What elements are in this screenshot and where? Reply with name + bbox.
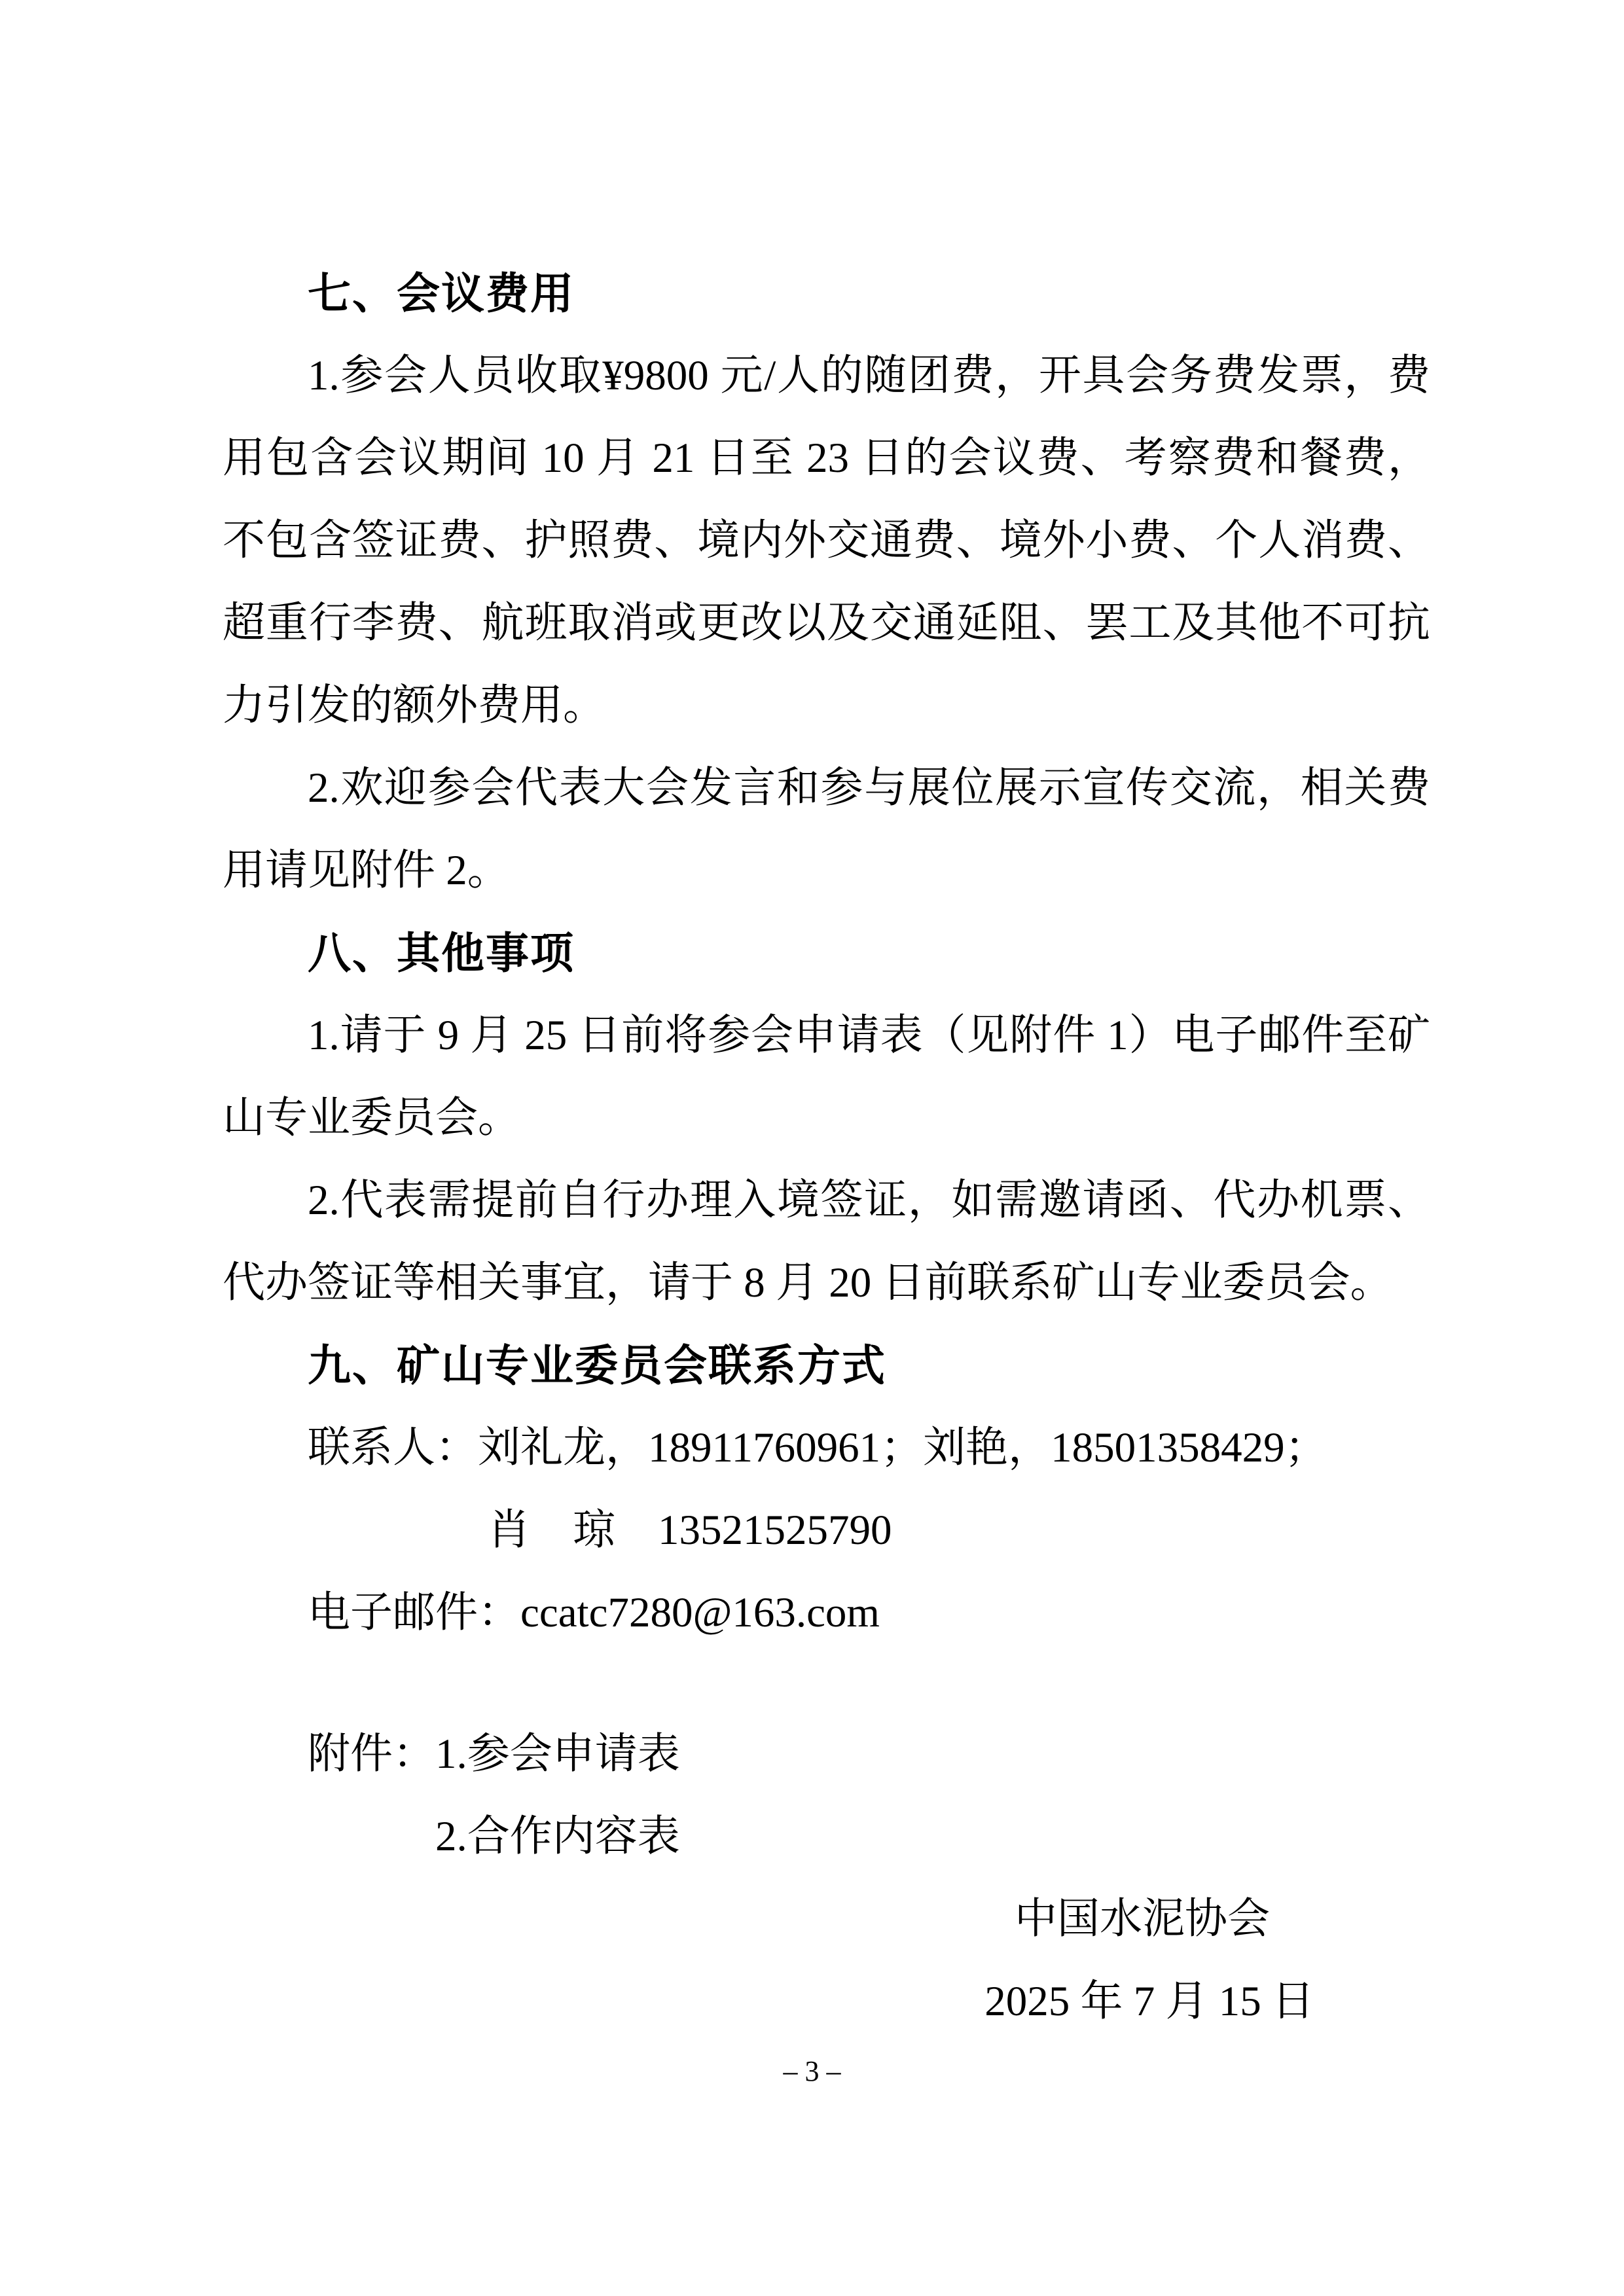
signature-date: 2025 年 7 月 15 日	[223, 1960, 1430, 2043]
contact-person-extra-line: 肖 琼 13521525790	[223, 1489, 1430, 1571]
vertical-spacer	[223, 1654, 1430, 1713]
section-heading-contact: 九、矿山专业委员会联系方式	[223, 1324, 1430, 1407]
section-heading-fees: 七、会议费用	[223, 252, 1430, 334]
fees-para1-line4: 超重行李费、航班取消或更改以及交通延阻、罢工及其他不可抗	[223, 582, 1430, 664]
page-number: – 3 –	[0, 2052, 1624, 2091]
section-heading-other: 八、其他事项	[223, 912, 1430, 994]
attachment-line-2: 2.合作内容表	[223, 1795, 1430, 1878]
document-page: 七、会议费用 1.参会人员收取¥9800 元/人的随团费，开具会务费发票，费 用…	[0, 0, 1624, 2296]
attachment-line-1: 附件：1.参会申请表	[223, 1713, 1430, 1795]
contact-email-line: 电子邮件：ccatc7280@163.com	[223, 1571, 1430, 1654]
other-para2-line1: 2.代表需提前自行办理入境签证，如需邀请函、代办机票、	[223, 1159, 1430, 1242]
document-body: 七、会议费用 1.参会人员收取¥9800 元/人的随团费，开具会务费发票，费 用…	[223, 252, 1430, 2043]
other-para1-line2: 山专业委员会。	[223, 1077, 1430, 1159]
fees-para2-line2: 用请见附件 2。	[223, 829, 1430, 912]
fees-para1-line2: 用包含会议期间 10 月 21 日至 23 日的会议费、考察费和餐费，	[223, 417, 1430, 499]
fees-para1-line1: 1.参会人员收取¥9800 元/人的随团费，开具会务费发票，费	[223, 334, 1430, 417]
fees-para2-line1: 2.欢迎参会代表大会发言和参与展位展示宣传交流，相关费	[223, 747, 1430, 829]
fees-para1-line3: 不包含签证费、护照费、境内外交通费、境外小费、个人消费、	[223, 499, 1430, 582]
other-para2-line2: 代办签证等相关事宜，请于 8 月 20 日前联系矿山专业委员会。	[223, 1242, 1430, 1324]
other-para1-line1: 1.请于 9 月 25 日前将参会申请表（见附件 1）电子邮件至矿	[223, 994, 1430, 1077]
signature-organization: 中国水泥协会	[223, 1878, 1430, 1960]
fees-para1-line5: 力引发的额外费用。	[223, 664, 1430, 747]
contact-persons-line: 联系人：刘礼龙，18911760961；刘艳，18501358429；	[223, 1407, 1430, 1489]
